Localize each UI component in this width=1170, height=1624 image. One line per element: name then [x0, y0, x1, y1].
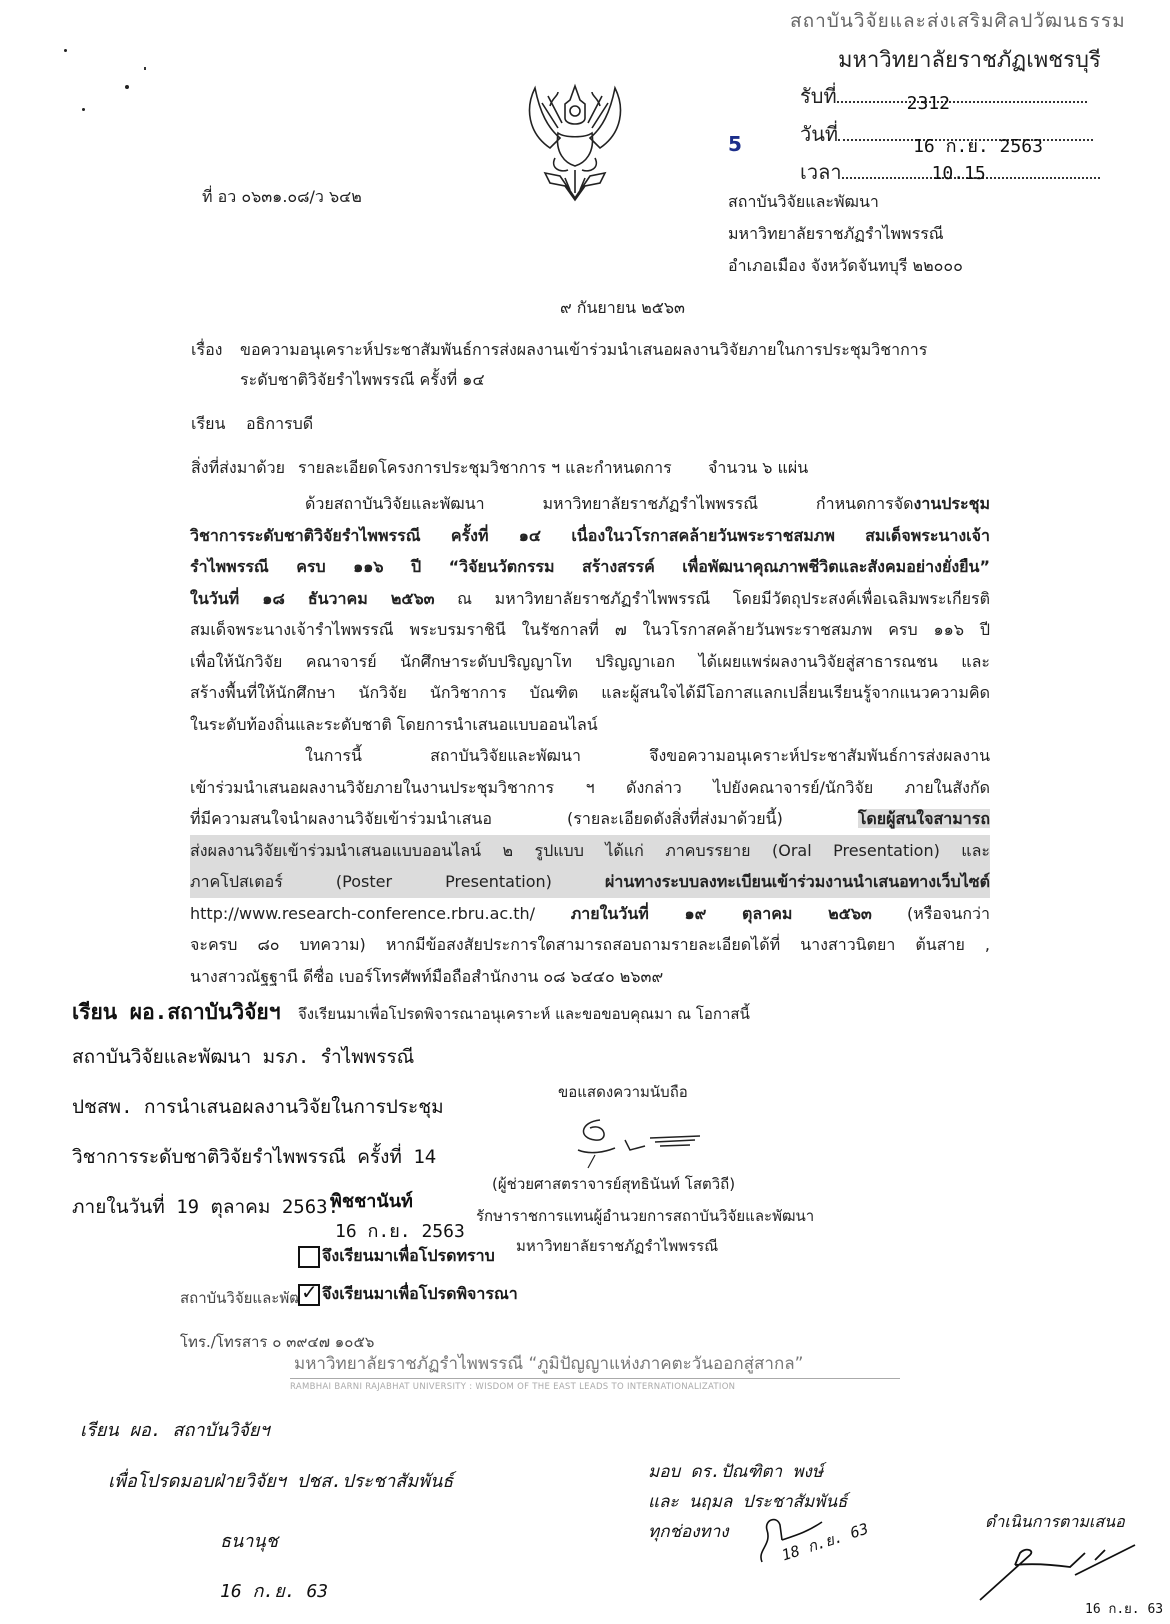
sender-line-1: สถาบันวิจัยและพัฒนา: [728, 190, 879, 215]
footer-slogan-th: มหาวิทยาลัยราชภัฏรำไพพรรณี “ภูมิปัญญาแห่…: [294, 1350, 804, 1377]
garuda-emblem-icon: [520, 78, 630, 203]
note-bottom-right-line: ดำเนินการตามเสนอ: [985, 1510, 1125, 1535]
scan-speck: [144, 67, 146, 70]
signatory-name: (ผู้ช่วยศาสตราจารย์สุทธินันท์ โสตวิถี): [492, 1172, 735, 1196]
para1-line: รำไพพรรณี ครบ ๑๑๖ ปี “วิจัยนวัตกรรม สร้า…: [190, 551, 990, 583]
para2-line: ในการนี้ สถาบันวิจัยและพัฒนา จึงขอความอน…: [190, 740, 990, 772]
signature-scribble: [570, 1110, 710, 1170]
para2-line: ส่งผลงานวิจัยเข้าร่วมนำเสนอแบบออนไลน์ ๒ …: [190, 835, 990, 867]
footer-slogan-en: RAMBHAI BARNI RAJABHAT UNIVERSITY : WISD…: [290, 1382, 735, 1392]
note-bottom-right-signature: [975, 1535, 1140, 1605]
para2-line: นางสาวณัฐฐานี ดีซื่อ เบอร์โทรศัพท์มือถือ…: [190, 961, 990, 993]
valediction: ขอแสดงความนับถือ: [558, 1080, 688, 1104]
received-number-value: 2312: [907, 93, 950, 114]
note-bottom-left-signer: ธนานุช: [220, 1526, 278, 1555]
body-paragraph-2: ในการนี้ สถาบันวิจัยและพัฒนา จึงขอความอน…: [190, 740, 990, 992]
note-bottom-right-date: 16 ก.ย. 63: [1085, 1598, 1163, 1619]
enclosure-label: สิ่งที่ส่งมาด้วย: [191, 456, 285, 481]
scan-speck: [125, 85, 129, 89]
tray-number: 5: [728, 132, 742, 156]
para1-line: ด้วยสถาบันวิจัยและพัฒนา มหาวิทยาลัยราชภั…: [190, 488, 990, 520]
letter-date: ๙ กันยายน ๒๕๖๓: [560, 296, 685, 321]
to-label: เรียน: [191, 412, 225, 437]
para2-line: ภาคโปสเตอร์ (Poster Presentation) ผ่านทา…: [190, 866, 990, 898]
received-date-label: วันที่: [800, 122, 838, 146]
received-date-row: วันที่ 16 ก.ย. 2563: [800, 118, 1093, 150]
para1-line: ในระดับท้องถิ่นและระดับชาติ โดยการนำเสนอ…: [190, 709, 990, 741]
received-time-label: เวลา: [800, 160, 842, 184]
annotation-left-line-4: วิชาการระดับชาติวิจัยรำไพพรรณี ครั้งที่ …: [72, 1142, 436, 1172]
note-bottom-middle-line-3: ทุกช่องทาง: [648, 1518, 729, 1545]
conference-url-link[interactable]: http://www.research-conference.rbru.ac.t…: [190, 904, 535, 923]
annotation-left-date: 16 ก.ย. 2563: [335, 1216, 465, 1245]
para2-line: จะครบ ๘๐ บทความ) หากมีข้อสงสัยประการใดสา…: [190, 929, 990, 961]
para1-line: เพื่อให้นักวิจัย คณาจารย์ นักศึกษาระดับป…: [190, 646, 990, 678]
checkbox-acknowledge[interactable]: [298, 1246, 320, 1268]
footer-divider: [290, 1378, 900, 1379]
sender-line-3: อำเภอเมือง จังหวัดจันทบุรี ๒๒๐๐๐: [728, 254, 963, 279]
para1-line: ในวันที่ ๑๘ ธันวาคม ๒๕๖๓ ณ มหาวิทยาลัยรา…: [190, 583, 990, 615]
scan-speck: [82, 108, 85, 111]
option-consider: จึงเรียนมาเพื่อโปรดพิจารณา: [298, 1282, 518, 1307]
document-number: ที่ อว ๐๖๓๑.๐๘/ว ๖๔๒: [202, 185, 362, 210]
note-bottom-left-line-2: เพื่อโปรดมอบฝ่ายวิจัยฯ ปชส.ประชาสัมพันธ์: [108, 1466, 453, 1495]
annotation-left-line-1: เรียน ผอ.สถาบันวิจัยฯ: [72, 996, 281, 1029]
subject-line-1: ขอความอนุเคราะห์ประชาสัมพันธ์การส่งผลงาน…: [240, 338, 927, 363]
signatory-position: รักษาราชการแทนผู้อำนวยการสถาบันวิจัยและพ…: [476, 1204, 814, 1228]
enclosure-value: รายละเอียดโครงการประชุมวิชาการ ฯ และกำหน…: [298, 456, 672, 481]
para2-line: http://www.research-conference.rbru.ac.t…: [190, 898, 990, 930]
para2-line: ที่มีความสนใจนำผลงานวิจัยเข้าร่วมนำเสนอ …: [190, 803, 990, 835]
enclosure-count: จำนวน ๖ แผ่น: [708, 456, 808, 481]
sender-line-2: มหาวิทยาลัยราชภัฏรำไพพรรณี: [728, 222, 944, 247]
para2-line: เข้าร่วมนำเสนอผลงานวิจัยภายในงานประชุมวิ…: [190, 772, 990, 804]
subject-line-2: ระดับชาติวิจัยรำไพพรรณี ครั้งที่ ๑๔: [240, 368, 485, 393]
para1-line: สร้างพื้นที่ให้นักศึกษา นักวิจัย นักวิชา…: [190, 677, 990, 709]
received-time-row: เวลา 10.15: [800, 156, 1100, 188]
scan-speck: [64, 49, 67, 52]
received-time-value: 10.15: [932, 163, 986, 184]
note-bottom-middle-line-1: มอบ ดร.ปัณฑิตา พงษ์: [648, 1458, 823, 1485]
receipt-stamp-university: มหาวิทยาลัยราชภัฏเพชรบุรี: [838, 42, 1101, 77]
checkbox-consider[interactable]: [298, 1284, 320, 1306]
subject-label: เรื่อง: [191, 338, 222, 363]
receipt-stamp-header: สถาบันวิจัยและส่งเสริมศิลปวัฒนธรรม: [790, 6, 1126, 36]
para1-line: วิชาการระดับชาติวิจัยรำไพพรรณี ครั้งที่ …: [190, 520, 990, 552]
note-bottom-left-date: 16 ก.ย. 63: [220, 1576, 328, 1605]
body-paragraph-1: ด้วยสถาบันวิจัยและพัฒนา มหาวิทยาลัยราชภั…: [190, 488, 990, 740]
closing-line: จึงเรียนมาเพื่อโปรดพิจารณาอนุเคราะห์ และ…: [298, 1002, 750, 1026]
para1-line: สมเด็จพระนางเจ้ารำไพพรรณี พระบรมราชินี ใ…: [190, 614, 990, 646]
annotation-left-line-3: ปชสพ. การนำเสนอผลงานวิจัยในการประชุม: [72, 1092, 444, 1122]
annotation-left-signer: พิชชานันท์: [330, 1186, 413, 1215]
received-number-row: รับที่ 2312: [800, 80, 1087, 112]
annotation-left-line-2: สถาบันวิจัยและพัฒนา มรภ. รำไพพรรณี: [72, 1042, 414, 1072]
signatory-organization: มหาวิทยาลัยราชภัฏรำไพพรรณี: [516, 1234, 718, 1258]
note-bottom-left-line-1: เรียน ผอ. สถาบันวิจัยฯ: [80, 1415, 270, 1444]
to-value: อธิการบดี: [246, 412, 313, 437]
received-number-label: รับที่: [800, 84, 837, 108]
option-acknowledge: จึงเรียนมาเพื่อโปรดทราบ: [298, 1244, 495, 1269]
annotation-left-line-5: ภายในวันที่ 19 ตุลาคม 2563.: [72, 1192, 339, 1222]
